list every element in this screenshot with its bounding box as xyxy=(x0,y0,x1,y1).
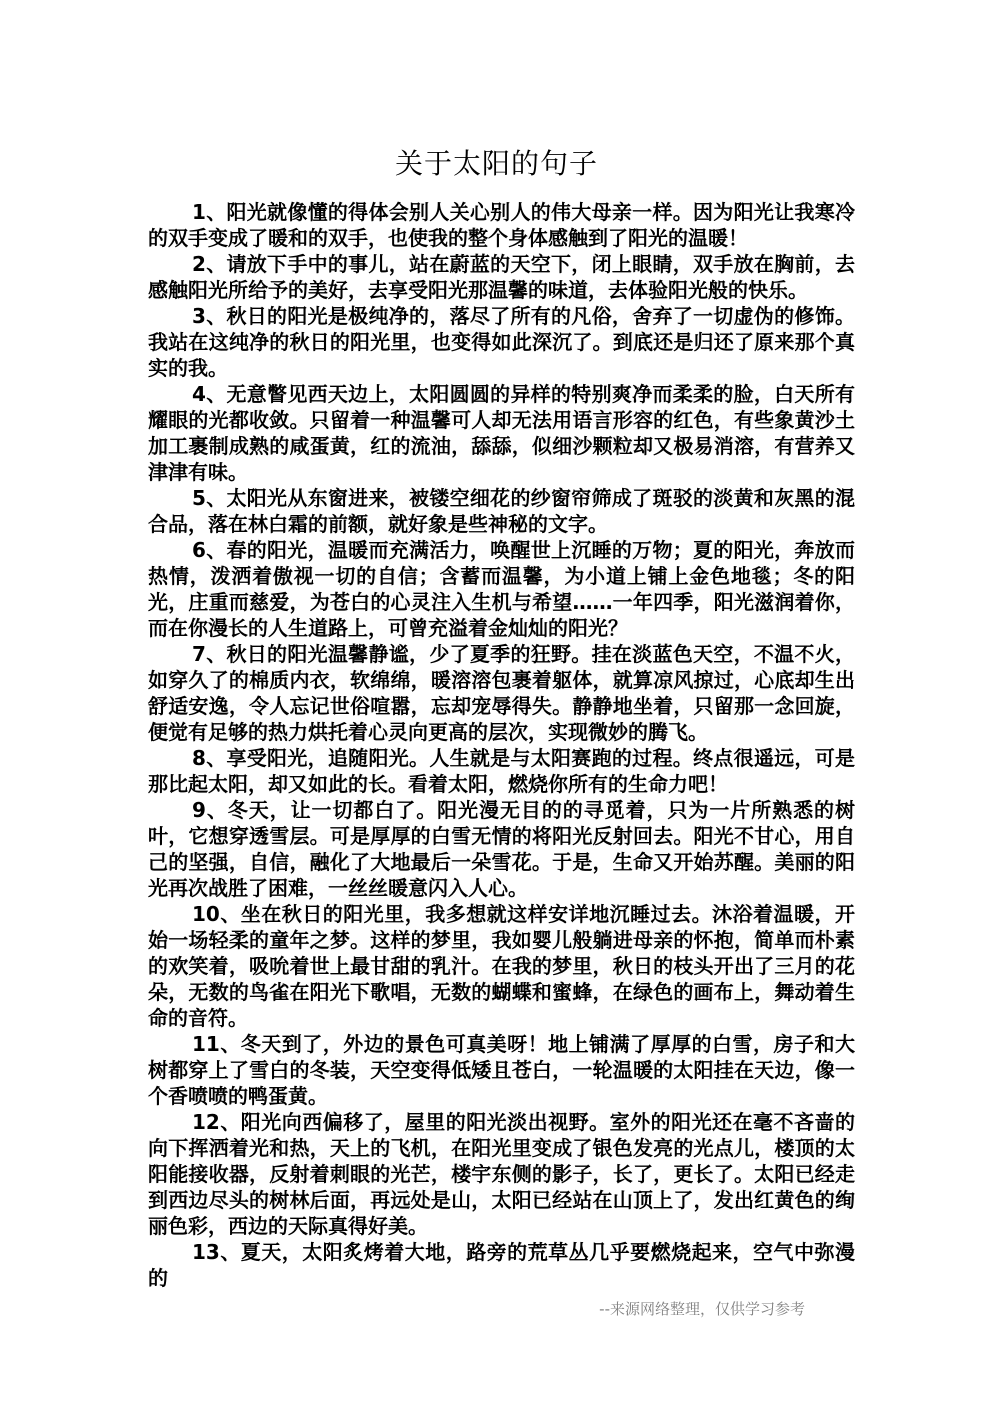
paragraph-6: 6、春的阳光，温暖而充满活力，唤醒世上沉睡的万物；夏的阳光，奔放而热情，泼洒着傲… xyxy=(148,537,855,641)
paragraph-13: 13、夏天，太阳炙烤着大地，路旁的荒草丛几乎要燃烧起来，空气中弥漫的 xyxy=(148,1239,855,1291)
paragraph-7: 7、秋日的阳光温馨静谧，少了夏季的狂野。挂在淡蓝色天空，不温不火，如穿久了的棉质… xyxy=(148,641,855,745)
paragraph-4: 4、无意瞥见西天边上，太阳圆圆的异样的特别爽净而柔柔的脸，白天所有耀眼的光都收敛… xyxy=(148,381,855,485)
paragraph-2: 2、请放下手中的事儿，站在蔚蓝的天空下，闭上眼睛，双手放在胸前，去感触阳光所给予… xyxy=(148,251,855,303)
document-title: 关于太阳的句子 xyxy=(0,146,993,182)
footer-note: --来源网络整理，仅供学习参考 xyxy=(148,1298,855,1320)
paragraph-8: 8、享受阳光，追随阳光。人生就是与太阳赛跑的过程。终点很遥远，可是那比起太阳，却… xyxy=(148,745,855,797)
paragraph-10: 10、坐在秋日的阳光里，我多想就这样安详地沉睡过去。沐浴着温暖，开始一场轻柔的童… xyxy=(148,901,855,1031)
paragraph-12: 12、阳光向西偏移了，屋里的阳光淡出视野。室外的阳光还在毫不吝啬的向下挥洒着光和… xyxy=(148,1109,855,1239)
paragraph-9: 9、冬天，让一切都白了。阳光漫无目的的寻觅着，只为一片所熟悉的树叶，它想穿透雪层… xyxy=(148,797,855,901)
paragraph-3: 3、秋日的阳光是极纯净的，落尽了所有的凡俗，舍弃了一切虚伪的修饰。我站在这纯净的… xyxy=(148,303,855,381)
document-page: 关于太阳的句子 1、阳光就像懂的得体会别人关心别人的伟大母亲一样。因为阳光让我寒… xyxy=(0,0,993,1404)
paragraph-1: 1、阳光就像懂的得体会别人关心别人的伟大母亲一样。因为阳光让我寒冷的双手变成了暖… xyxy=(148,199,855,251)
document-body: 1、阳光就像懂的得体会别人关心别人的伟大母亲一样。因为阳光让我寒冷的双手变成了暖… xyxy=(148,199,855,1291)
paragraph-11: 11、冬天到了，外边的景色可真美呀！地上铺满了厚厚的白雪，房子和大树都穿上了雪白… xyxy=(148,1031,855,1109)
paragraph-5: 5、太阳光从东窗进来，被镂空细花的纱窗帘筛成了斑驳的淡黄和灰黑的混合品，落在林白… xyxy=(148,485,855,537)
